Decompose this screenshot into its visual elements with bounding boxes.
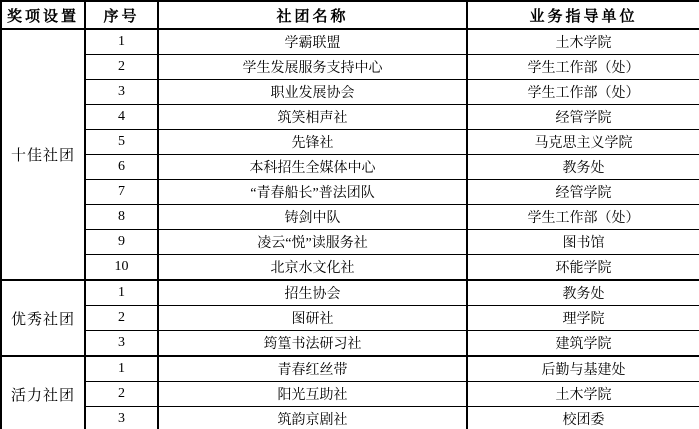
row-number-cell: 6 [85,155,158,180]
club-name-cell: 学霸联盟 [158,29,467,55]
row-number-cell: 3 [85,80,158,105]
club-name-cell: 先锋社 [158,130,467,155]
club-name-cell: 图研社 [158,306,467,331]
unit-cell: 土木学院 [467,29,699,55]
award-group-cell: 活力社团 [1,356,85,429]
row-number-cell: 5 [85,130,158,155]
row-number-cell: 10 [85,255,158,281]
club-name-cell: 青春红丝带 [158,356,467,382]
club-name-cell: “青春船长”普法团队 [158,180,467,205]
club-name-cell: 本科招生全媒体中心 [158,155,467,180]
awards-table-body: 十佳社团1学霸联盟土木学院2学生发展服务支持中心学生工作部（处）3职业发展协会学… [1,29,699,429]
awards-table-container: 奖项设置 序号 社团名称 业务指导单位 十佳社团1学霸联盟土木学院2学生发展服务… [0,0,699,429]
table-row: 4筑笑相声社经管学院 [1,105,699,130]
unit-cell: 教务处 [467,155,699,180]
unit-cell: 环能学院 [467,255,699,281]
row-number-cell: 4 [85,105,158,130]
unit-cell: 建筑学院 [467,331,699,357]
row-number-cell: 1 [85,356,158,382]
club-name-cell: 筑笑相声社 [158,105,467,130]
unit-cell: 图书馆 [467,230,699,255]
table-row: 2图研社理学院 [1,306,699,331]
table-row: 2阳光互助社土木学院 [1,382,699,407]
table-row: 8铸剑中队学生工作部（处） [1,205,699,230]
header-cell-award: 奖项设置 [1,1,85,29]
unit-cell: 学生工作部（处） [467,55,699,80]
unit-cell: 学生工作部（处） [467,80,699,105]
header-cell-club: 社团名称 [158,1,467,29]
table-row: 3职业发展协会学生工作部（处） [1,80,699,105]
table-row: 3筑韵京剧社校团委 [1,407,699,429]
row-number-cell: 1 [85,280,158,306]
header-cell-unit: 业务指导单位 [467,1,699,29]
unit-cell: 马克思主义学院 [467,130,699,155]
club-name-cell: 铸剑中队 [158,205,467,230]
unit-cell: 学生工作部（处） [467,205,699,230]
table-row: 7“青春船长”普法团队经管学院 [1,180,699,205]
row-number-cell: 3 [85,331,158,357]
club-name-cell: 阳光互助社 [158,382,467,407]
awards-table: 奖项设置 序号 社团名称 业务指导单位 十佳社团1学霸联盟土木学院2学生发展服务… [0,0,699,429]
unit-cell: 经管学院 [467,105,699,130]
club-name-cell: 筑韵京剧社 [158,407,467,429]
award-group-cell: 十佳社团 [1,29,85,280]
row-number-cell: 7 [85,180,158,205]
table-row: 10北京水文化社环能学院 [1,255,699,281]
row-number-cell: 9 [85,230,158,255]
club-name-cell: 北京水文化社 [158,255,467,281]
awards-table-header: 奖项设置 序号 社团名称 业务指导单位 [1,1,699,29]
club-name-cell: 学生发展服务支持中心 [158,55,467,80]
unit-cell: 校团委 [467,407,699,429]
table-row: 2学生发展服务支持中心学生工作部（处） [1,55,699,80]
table-row: 十佳社团1学霸联盟土木学院 [1,29,699,55]
header-row: 奖项设置 序号 社团名称 业务指导单位 [1,1,699,29]
award-group-cell: 优秀社团 [1,280,85,356]
table-row: 6本科招生全媒体中心教务处 [1,155,699,180]
row-number-cell: 8 [85,205,158,230]
row-number-cell: 2 [85,55,158,80]
row-number-cell: 1 [85,29,158,55]
unit-cell: 教务处 [467,280,699,306]
club-name-cell: 职业发展协会 [158,80,467,105]
club-name-cell: 筠篁书法研习社 [158,331,467,357]
unit-cell: 土木学院 [467,382,699,407]
unit-cell: 理学院 [467,306,699,331]
club-name-cell: 招生协会 [158,280,467,306]
row-number-cell: 2 [85,306,158,331]
unit-cell: 经管学院 [467,180,699,205]
row-number-cell: 2 [85,382,158,407]
table-row: 优秀社团1招生协会教务处 [1,280,699,306]
header-cell-number: 序号 [85,1,158,29]
club-name-cell: 凌云“悦”读服务社 [158,230,467,255]
table-row: 9凌云“悦”读服务社图书馆 [1,230,699,255]
table-row: 3筠篁书法研习社建筑学院 [1,331,699,357]
table-row: 活力社团1青春红丝带后勤与基建处 [1,356,699,382]
unit-cell: 后勤与基建处 [467,356,699,382]
table-row: 5先锋社马克思主义学院 [1,130,699,155]
row-number-cell: 3 [85,407,158,429]
